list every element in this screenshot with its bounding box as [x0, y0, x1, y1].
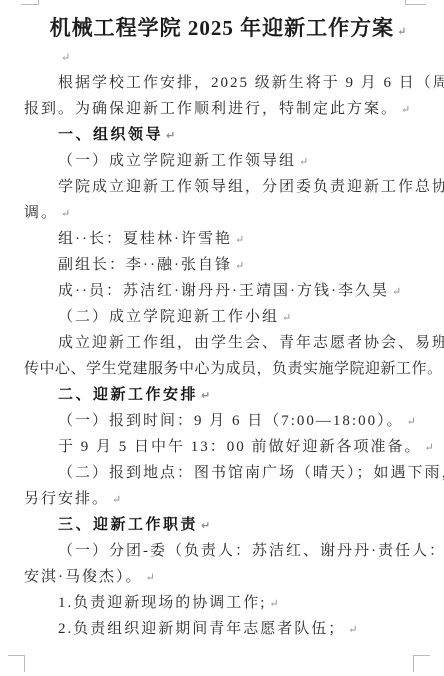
line-text: 根据学校工作安排，2025 级新生将于 9 月 6 日（周六） [58, 75, 444, 91]
word-document-page[interactable]: 机械工程学院 2025 年迎新工作方案↵ ↵ 根据学校工作安排，2025 级新生… [0, 0, 444, 676]
line-text: 1.负责迎新现场的协调工作; [58, 595, 266, 611]
paragraph-mark: ↵ [61, 52, 70, 64]
line-text: 成立迎新工作组，由学生会、青年志愿者协会、易班宣 [58, 335, 444, 351]
doc-line-intro-1: 根据学校工作安排，2025 级新生将于 9 月 6 日（周六） [24, 70, 432, 96]
line-text: （二）报到地点：图书馆南广场（晴天）；如遇下雨， [58, 465, 444, 481]
line-text: （二）成立学院迎新工作小组 [58, 309, 279, 325]
paragraph-mark: ↵ [235, 234, 244, 246]
subheading-1-2: （二）成立学院迎新工作小组↵ [24, 304, 432, 330]
paragraph-mark: ↵ [112, 494, 121, 506]
doc-line-duty-2: 2.负责组织迎新期间青年志愿者队伍；↵ [24, 616, 432, 642]
section-heading-1: 一、组织领导↵ [24, 122, 432, 148]
section-heading-3: 三、迎新工作职责↵ [24, 512, 432, 538]
paragraph-mark: ↵ [61, 208, 70, 220]
paragraph-mark: ↵ [392, 286, 401, 298]
paragraph-mark: ↵ [235, 260, 244, 272]
line-text: 一、组织领导 [58, 126, 163, 143]
crop-mark-bottom-right [413, 655, 430, 672]
line-text: 于 9 月 5 日中午 13：00 前做好迎新各项准备。 [58, 439, 422, 455]
line-text: （一）分团-委（负责人：苏洁红、谢丹丹·责任人：产 [58, 543, 444, 559]
paragraph-mark: ↵ [348, 624, 357, 636]
doc-line-intro-2: 报到。为确保迎新工作顺利进行，特制定此方案。↵ [24, 96, 432, 122]
document-body: 机械工程学院 2025 年迎新工作方案↵ ↵ 根据学校工作安排，2025 级新生… [24, 12, 432, 642]
section-heading-2: 二、迎新工作安排↵ [24, 382, 432, 408]
paragraph-mark: ↵ [299, 156, 308, 168]
crop-mark-top-left [21, 0, 39, 5]
crop-mark-top-right [405, 0, 426, 5]
paragraph-mark: ↵ [166, 130, 175, 142]
line-text: 三、迎新工作职责 [58, 516, 198, 533]
line-text: 安淇·马俊杰）。 [24, 569, 143, 585]
line-text: （一）报到时间：9 月 6 日（7:00—18:00）。 [58, 413, 404, 429]
line-text: 2.负责组织迎新期间青年志愿者队伍； [58, 621, 345, 637]
paragraph-mark: ↵ [201, 390, 210, 402]
line-text: 另行安排。 [24, 491, 109, 507]
doc-line-report-time: （一）报到时间：9 月 6 日（7:00—18:00）。↵ [24, 408, 432, 434]
blank-line: ↵ [24, 44, 432, 70]
line-text: （一）成立学院迎新工作领导组 [58, 153, 296, 169]
paragraph-mark: ↵ [269, 598, 278, 610]
line-text: 二、迎新工作安排 [58, 386, 198, 403]
doc-line-report-place-2: 另行安排。↵ [24, 486, 432, 512]
doc-line-leadgroup-2: 调。↵ [24, 200, 432, 226]
doc-line-committee-1: （一）分团-委（负责人：苏洁红、谢丹丹·责任人：产 [24, 538, 432, 564]
doc-line-committee-2: 安淇·马俊杰）。↵ [24, 564, 432, 590]
subheading-1-1: （一）成立学院迎新工作领导组↵ [24, 148, 432, 174]
doc-line-leadgroup-1: 学院成立迎新工作领导组，分团委负责迎新工作总协 [24, 174, 432, 200]
doc-line-members: 成··员：苏洁红·谢丹丹·王靖国·方钱·李久昊↵ [24, 278, 432, 304]
paragraph-mark: ↵ [201, 520, 210, 532]
document-title: 机械工程学院 2025 年迎新工作方案↵ [24, 12, 432, 44]
doc-line-duty-1: 1.负责迎新现场的协调工作;↵ [24, 590, 432, 616]
paragraph-mark: ↵ [407, 416, 416, 428]
line-text: 副组长：李··融·张自锋 [58, 257, 232, 273]
crop-mark-bottom-left [8, 655, 25, 672]
paragraph-mark: ↵ [397, 26, 406, 38]
line-text: 报到。为确保迎新工作顺利进行，特制定此方案。 [24, 101, 398, 117]
title-text: 机械工程学院 2025 年迎新工作方案 [50, 16, 395, 40]
paragraph-mark: ↵ [146, 572, 155, 584]
doc-line-workgroup-2: 传中心、学生党建服务中心为成员，负责实施学院迎新工作。↵ [24, 356, 432, 382]
paragraph-mark: ↵ [425, 442, 434, 454]
doc-line-workgroup-1: 成立迎新工作组，由学生会、青年志愿者协会、易班宣 [24, 330, 432, 356]
paragraph-mark: ↵ [282, 312, 291, 324]
paragraph-mark: ↵ [401, 104, 410, 116]
doc-line-preparation: 于 9 月 5 日中午 13：00 前做好迎新各项准备。↵ [24, 434, 432, 460]
line-text: 学院成立迎新工作领导组，分团委负责迎新工作总协 [58, 179, 444, 195]
line-text: 调。 [24, 205, 58, 221]
line-text: 传中心、学生党建服务中心为成员，负责实施学院迎新工作。 [24, 361, 443, 377]
line-text: 组··长：夏桂林·许雪艳 [58, 231, 232, 247]
line-text: 成··员：苏洁红·谢丹丹·王靖国·方钱·李久昊 [58, 283, 389, 299]
doc-line-deputy-leader: 副组长：李··融·张自锋↵ [24, 252, 432, 278]
doc-line-group-leader: 组··长：夏桂林·许雪艳↵ [24, 226, 432, 252]
doc-line-report-place-1: （二）报到地点：图书馆南广场（晴天）；如遇下雨， [24, 460, 432, 486]
